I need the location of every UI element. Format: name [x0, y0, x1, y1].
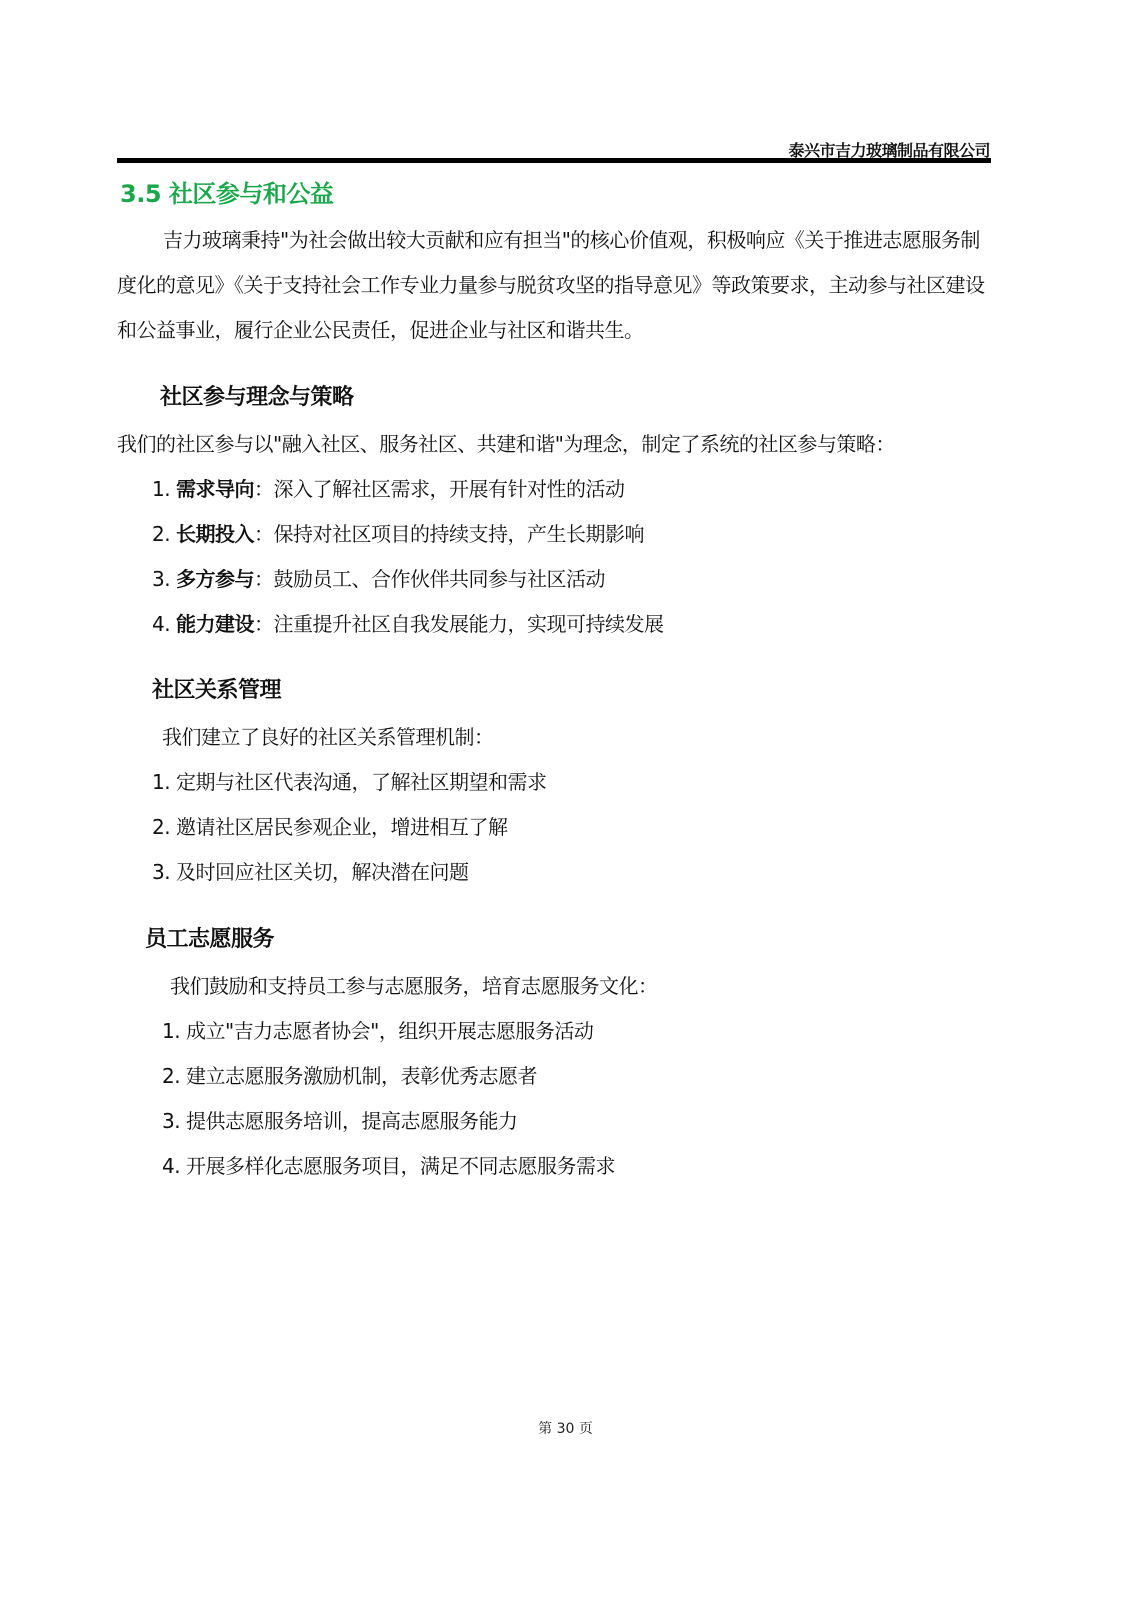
- strategy-item: 1. 需求导向：深入了解社区需求，开展有针对性的活动: [152, 473, 624, 502]
- strategy-item: 4. 能力建设：注重提升社区自我发展能力，实现可持续发展: [152, 608, 663, 637]
- intro-paragraph: 吉力玻璃秉持"为社会做出较大贡献和应有担当"的核心价值观，积极响应《关于推进志愿…: [117, 218, 992, 353]
- item-label: 多方参与: [176, 567, 254, 591]
- volunteer-item: 4. 开展多样化志愿服务项目，满足不同志愿服务需求: [162, 1150, 615, 1179]
- item-text: 鼓励员工、合作伙伴共同参与社区活动: [273, 567, 605, 591]
- item-text: 深入了解社区需求，开展有针对性的活动: [273, 477, 624, 501]
- volunteer-item: 2. 建立志愿服务激励机制，表彰优秀志愿者: [162, 1060, 537, 1089]
- page-number: 第 30 页: [0, 1418, 1131, 1438]
- strategy-lead: 我们的社区参与以"融入社区、服务社区、共建和谐"为理念，制定了系统的社区参与策略…: [117, 428, 895, 457]
- relations-item: 2. 邀请社区居民参观企业，增进相互了解: [152, 811, 507, 840]
- relations-lead: 我们建立了良好的社区关系管理机制：: [162, 721, 494, 750]
- volunteer-item: 1. 成立"吉力志愿者协会"，组织开展志愿服务活动: [162, 1015, 593, 1044]
- relations-item: 3. 及时回应社区关切，解决潜在问题: [152, 856, 468, 885]
- item-number: 4.: [152, 612, 170, 636]
- item-label: 长期投入: [176, 522, 254, 546]
- item-number: 1.: [152, 477, 170, 501]
- volunteer-item: 3. 提供志愿服务培训，提高志愿服务能力: [162, 1105, 517, 1134]
- relations-item: 1. 定期与社区代表沟通，了解社区期望和需求: [152, 766, 546, 795]
- strategy-item: 3. 多方参与：鼓励员工、合作伙伴共同参与社区活动: [152, 563, 605, 592]
- strategy-heading: 社区参与理念与策略: [160, 380, 354, 411]
- strategy-item: 2. 长期投入：保持对社区项目的持续支持，产生长期影响: [152, 518, 644, 547]
- item-number: 2.: [152, 522, 170, 546]
- header-divider: [117, 158, 991, 163]
- relations-heading: 社区关系管理: [152, 673, 281, 704]
- item-number: 3.: [152, 567, 170, 591]
- volunteer-heading: 员工志愿服务: [145, 922, 274, 953]
- item-label: 需求导向: [176, 477, 254, 501]
- item-label: 能力建设: [176, 612, 254, 636]
- item-text: 注重提升社区自我发展能力，实现可持续发展: [273, 612, 663, 636]
- item-text: 保持对社区项目的持续支持，产生长期影响: [273, 522, 644, 546]
- volunteer-lead: 我们鼓励和支持员工参与志愿服务，培育志愿服务文化：: [170, 970, 658, 999]
- section-title: 3.5 社区参与和公益: [120, 174, 333, 209]
